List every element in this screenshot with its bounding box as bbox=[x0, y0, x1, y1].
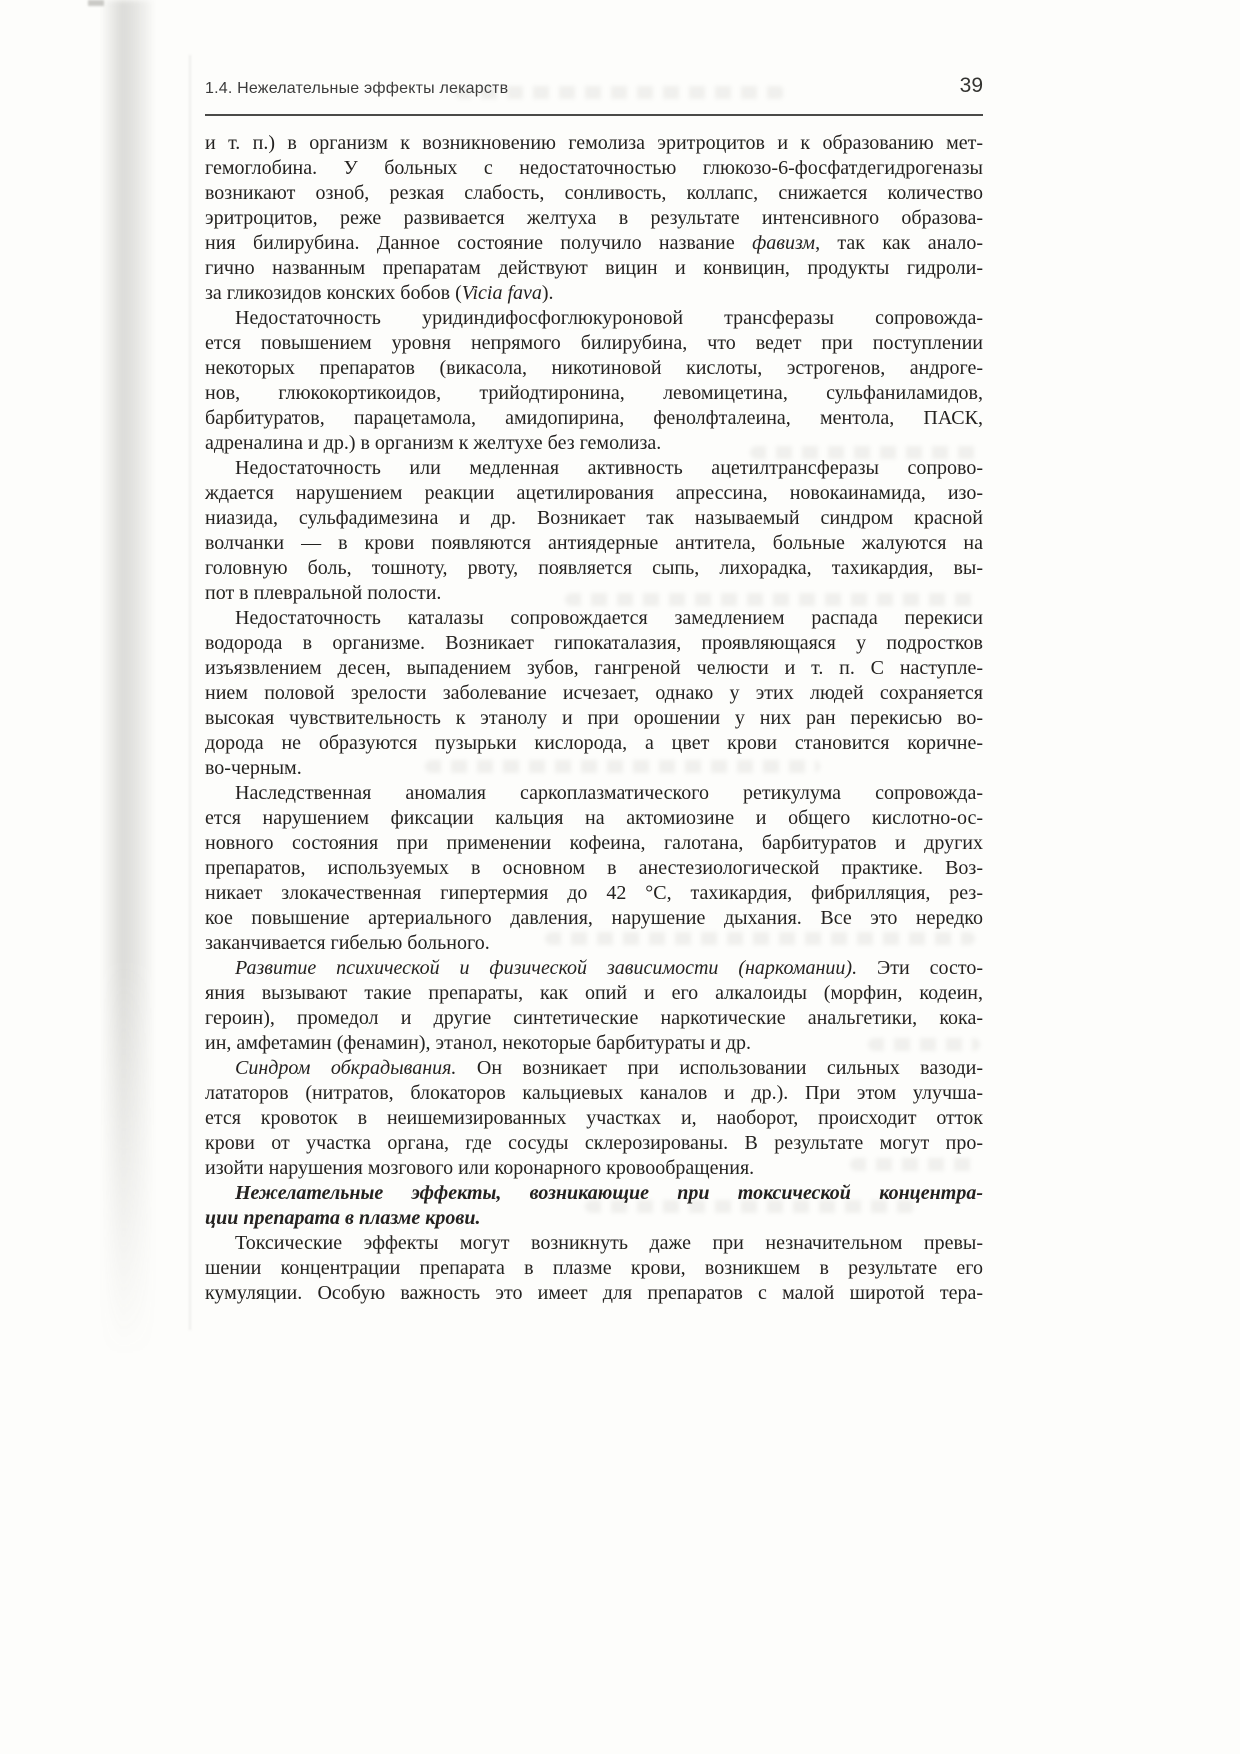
text-line: ждается нарушением реакции ацетилировани… bbox=[205, 481, 983, 506]
text-line: ин, амфетамин (фенамин), этанол, некотор… bbox=[205, 1031, 983, 1056]
showthrough-artifact bbox=[545, 932, 975, 945]
showthrough-artifact bbox=[565, 593, 980, 606]
text-line: ниазида, сульфадимезина и др. Возникает … bbox=[205, 506, 983, 531]
showthrough-artifact bbox=[585, 1200, 915, 1213]
text-line: шении концентрации препарата в плазме кр… bbox=[205, 1256, 983, 1281]
showthrough-artifact bbox=[868, 1038, 980, 1051]
scanned-book-page: 1.4. Нежелательные эффекты лекарств 39 и… bbox=[0, 0, 1240, 1754]
text-line: крови от участка органа, где сосуды скле… bbox=[205, 1131, 983, 1156]
paragraph: Недостаточность или медленная активность… bbox=[205, 456, 983, 606]
text-line: Развитие психической и физической зависи… bbox=[205, 956, 983, 981]
page-number: 39 bbox=[960, 74, 983, 98]
text-line: никает злокачественная гипертермия до 42… bbox=[205, 881, 983, 906]
text-line: и т. п.) в организм к возникновению гемо… bbox=[205, 131, 983, 156]
text-line: Недостаточность каталазы сопровождается … bbox=[205, 606, 983, 631]
paragraph: Недостаточность уридиндифосфоглюкуроново… bbox=[205, 306, 983, 456]
text-line: изъязвлением десен, выпадением зубов, га… bbox=[205, 656, 983, 681]
paragraph: и т. п.) в организм к возникновению гемо… bbox=[205, 131, 983, 306]
text-line: лататоров (нитратов, блокаторов кальциев… bbox=[205, 1081, 983, 1106]
text-line: кое повышение артериального давления, на… bbox=[205, 906, 983, 931]
text-line: ется нарушением фиксации кальция на акто… bbox=[205, 806, 983, 831]
text-line: эритроцитов, реже развивается желтуха в … bbox=[205, 206, 983, 231]
showthrough-artifact bbox=[425, 760, 820, 773]
text-line: ется повышением уровня непрямого билируб… bbox=[205, 331, 983, 356]
text-line: нием половой зрелости заболевание исчеза… bbox=[205, 681, 983, 706]
text-line: водорода в организме. Возникает гипоката… bbox=[205, 631, 983, 656]
text-line: волчанки — в крови появляются антиядерны… bbox=[205, 531, 983, 556]
text-line: новного состояния при применении кофеина… bbox=[205, 831, 983, 856]
text-line: высокая чувствительность к этанолу и при… bbox=[205, 706, 983, 731]
text-line: гемоглобина. У больных с недостаточность… bbox=[205, 156, 983, 181]
text-line: некоторых препаратов (викасола, никотино… bbox=[205, 356, 983, 381]
scan-speck bbox=[88, 0, 104, 6]
text-line: героин), промедол и другие синтетические… bbox=[205, 1006, 983, 1031]
paragraph: Недостаточность каталазы сопровождается … bbox=[205, 606, 983, 781]
text-line: ния билирубина. Данное состояние получил… bbox=[205, 231, 983, 256]
page-edge-shadow bbox=[100, 0, 156, 1370]
showthrough-artifact bbox=[750, 446, 980, 459]
paragraph: Токсические эффекты могут возникнуть даж… bbox=[205, 1231, 983, 1306]
text-line: Недостаточность или медленная активность… bbox=[205, 456, 983, 481]
text-line: препаратов, используемых в основном в ан… bbox=[205, 856, 983, 881]
text-line: возникают озноб, резкая слабость, сонлив… bbox=[205, 181, 983, 206]
header-rule bbox=[205, 114, 983, 116]
text-line: яния вызывают такие препараты, как опий … bbox=[205, 981, 983, 1006]
text-line: Наследственная аномалия саркоплазматичес… bbox=[205, 781, 983, 806]
text-line: головную боль, тошноту, рвоту, появляетс… bbox=[205, 556, 983, 581]
text-line: Синдром обкрадывания. Он возникает при и… bbox=[205, 1056, 983, 1081]
text-line: за гликозидов конских бобов (Vicia fava)… bbox=[205, 281, 983, 306]
paragraph: Развитие психической и физической зависи… bbox=[205, 956, 983, 1056]
text-line: Недостаточность уридиндифосфоглюкуроново… bbox=[205, 306, 983, 331]
text-line: Токсические эффекты могут возникнуть даж… bbox=[205, 1231, 983, 1256]
showthrough-artifact bbox=[850, 1158, 980, 1171]
paragraph: Наследственная аномалия саркоплазматичес… bbox=[205, 781, 983, 956]
text-line: дорода не образуются пузырьки кислорода,… bbox=[205, 731, 983, 756]
body-text: и т. п.) в организм к возникновению гемо… bbox=[205, 131, 983, 1306]
text-line: ется кровоток в неишемизированных участк… bbox=[205, 1106, 983, 1131]
text-line: кумуляции. Особую важность это имеет для… bbox=[205, 1281, 983, 1306]
text-line: гично названным препаратам действуют виц… bbox=[205, 256, 983, 281]
gutter-shadow bbox=[189, 55, 191, 1330]
text-line: барбитуратов, парацетамола, амидопирина,… bbox=[205, 406, 983, 431]
text-line: нов, глюкокортикоидов, трийодтиронина, л… bbox=[205, 381, 983, 406]
showthrough-artifact bbox=[455, 86, 785, 99]
